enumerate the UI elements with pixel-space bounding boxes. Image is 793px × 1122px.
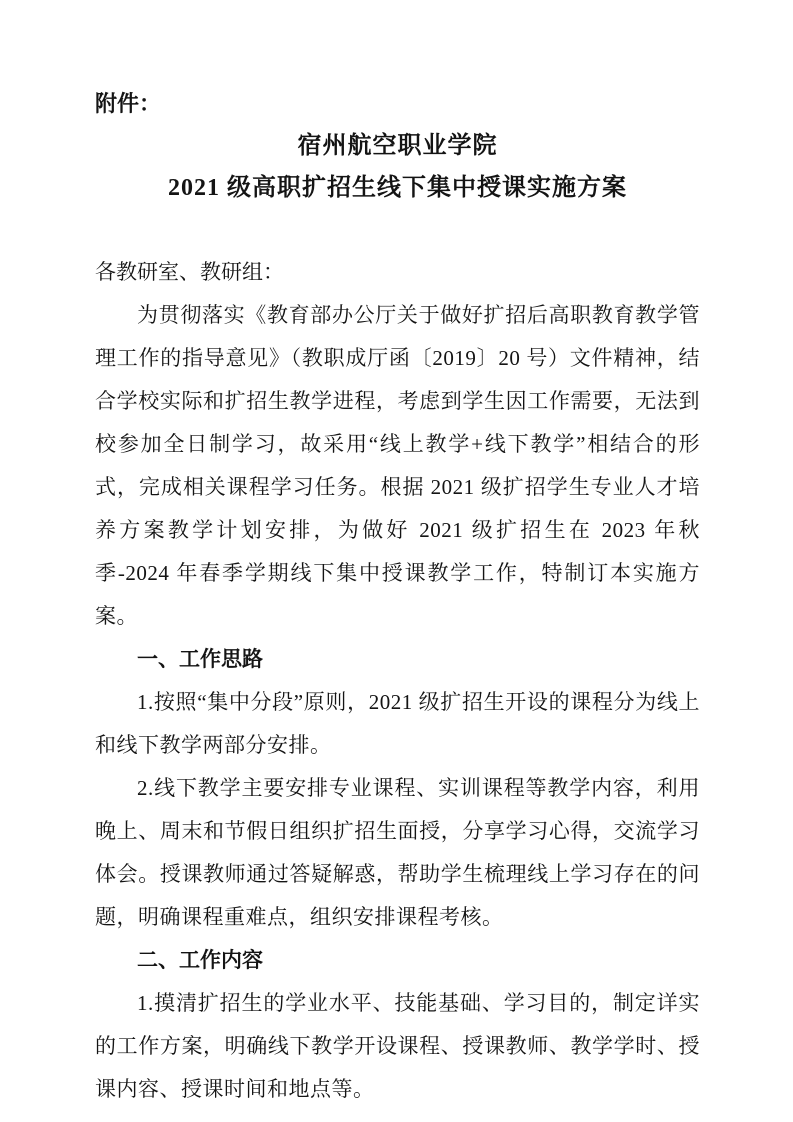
document-title-line2: 2021 级高职扩招生线下集中授课实施方案 xyxy=(95,167,700,209)
salutation-line: 各教研室、教研组： xyxy=(95,251,700,294)
paragraph-intro: 为贯彻落实《教育部办公厅关于做好扩招后高职教育教学管理工作的指导意见》（教职成厅… xyxy=(95,294,700,638)
document-title-line1: 宿州航空职业学院 xyxy=(95,125,700,167)
section-heading-work-approach: 一、工作思路 xyxy=(95,638,700,681)
section-heading-work-content: 二、工作内容 xyxy=(95,939,700,982)
paragraph-approach-item-1: 1.按照“集中分段”原则，2021 级扩招生开设的课程分为线上和线下教学两部分安… xyxy=(95,681,700,767)
paragraph-content-item-1: 1.摸清扩招生的学业水平、技能基础、学习目的，制定详实的工作方案，明确线下教学开… xyxy=(95,982,700,1111)
document-page: 附件： 宿州航空职业学院 2021 级高职扩招生线下集中授课实施方案 各教研室、… xyxy=(0,0,793,1122)
attachment-label: 附件： xyxy=(95,82,700,125)
document-content: 附件： 宿州航空职业学院 2021 级高职扩招生线下集中授课实施方案 各教研室、… xyxy=(0,0,793,1111)
paragraph-approach-item-2: 2.线下教学主要安排专业课程、实训课程等教学内容，利用晚上、周末和节假日组织扩招… xyxy=(95,767,700,939)
